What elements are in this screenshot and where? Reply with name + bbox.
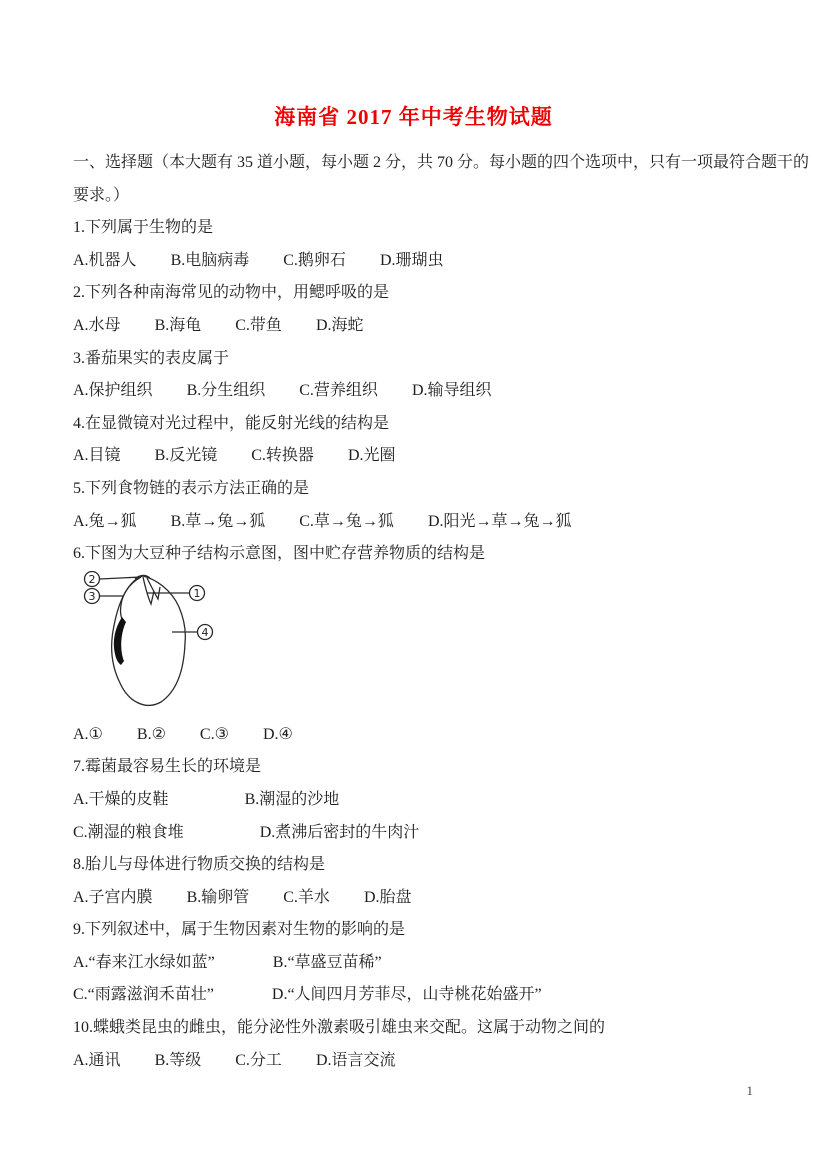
question-9-text: 9.下列叙述中，属于生物因素对生物的影响的是 — [73, 914, 779, 947]
question-8-text: 8.胎儿与母体进行物质交换的结构是 — [73, 849, 779, 882]
question-6-option-a: A.① — [73, 719, 103, 752]
question-6-option-d: D.④ — [263, 719, 293, 752]
question-9-option-c: C.“雨露滋润禾苗壮” — [73, 979, 214, 1012]
seed-dark-band — [114, 617, 126, 665]
page-number: 1 — [747, 1083, 754, 1099]
question-4: 4.在显微镜对光过程中，能反射光线的结构是 A.目镜 B.反光镜 C.转换器 D… — [73, 408, 779, 473]
question-4-options: A.目镜 B.反光镜 C.转换器 D.光圈 — [73, 440, 779, 473]
question-3-option-c: C.营养组织 — [299, 375, 378, 408]
question-10: 10.蝶蛾类昆虫的雌虫，能分泌性外激素吸引雄虫来交配。这属于动物之间的 A.通讯… — [73, 1012, 779, 1077]
question-9-options-row2: C.“雨露滋润禾苗壮” D.“人间四月芳菲尽，山寺桃花始盛开” — [73, 979, 779, 1012]
question-9-option-b: B.“草盛豆苗稀” — [273, 947, 382, 980]
question-4-option-c: C.转换器 — [251, 440, 314, 473]
question-10-option-d: D.语言交流 — [316, 1045, 396, 1078]
question-2: 2.下列各种南海常见的动物中，用鳃呼吸的是 A.水母 B.海龟 C.带鱼 D.海… — [73, 277, 779, 342]
seed-inner-line — [121, 577, 142, 619]
question-7-option-b: B.潮湿的沙地 — [245, 784, 340, 817]
question-6-option-c: C.③ — [200, 719, 229, 752]
section-instructions-line1: 一、选择题（本大题有 35 道小题，每小题 2 分，共 70 分。每小题的四个选… — [73, 147, 779, 180]
soybean-seed-svg: 2 3 1 4 — [73, 571, 333, 719]
question-1-option-b: B.电脑病毒 — [171, 245, 250, 278]
question-2-option-a: A.水母 — [73, 310, 121, 343]
question-5-option-c: C.草→兔→狐 — [299, 506, 394, 539]
question-8-option-a: A.子宫内膜 — [73, 882, 153, 915]
section-instructions-line2: 要求。） — [73, 180, 779, 213]
question-2-text: 2.下列各种南海常见的动物中，用鳃呼吸的是 — [73, 277, 779, 310]
question-8-options: A.子宫内膜 B.输卵管 C.羊水 D.胎盘 — [73, 882, 779, 915]
question-3-options: A.保护组织 B.分生组织 C.营养组织 D.输导组织 — [73, 375, 779, 408]
soybean-seed-diagram: 2 3 1 4 — [73, 571, 779, 719]
question-7-option-a: A.干燥的皮鞋 — [73, 784, 169, 817]
question-5-option-d: D.阳光→草→兔→狐 — [428, 506, 572, 539]
question-8-option-d: D.胎盘 — [364, 882, 412, 915]
question-7-text: 7.霉菌最容易生长的环境是 — [73, 751, 779, 784]
question-7-option-d: D.煮沸后密封的牛肉汁 — [260, 817, 420, 850]
question-10-text: 10.蝶蛾类昆虫的雌虫，能分泌性外激素吸引雄虫来交配。这属于动物之间的 — [73, 1012, 779, 1045]
question-10-options: A.通讯 B.等级 C.分工 D.语言交流 — [73, 1045, 779, 1078]
callout-label-1: 1 — [194, 587, 201, 600]
question-7: 7.霉菌最容易生长的环境是 A.干燥的皮鞋 B.潮湿的沙地 C.潮湿的粮食堆 D… — [73, 751, 779, 849]
question-5-option-a: A.兔→狐 — [73, 506, 137, 539]
question-4-text: 4.在显微镜对光过程中，能反射光线的结构是 — [73, 408, 779, 441]
question-3-option-d: D.输导组织 — [412, 375, 492, 408]
question-8-option-c: C.羊水 — [283, 882, 330, 915]
question-5: 5.下列食物链的表示方法正确的是 A.兔→狐 B.草→兔→狐 C.草→兔→狐 D… — [73, 473, 779, 538]
question-1: 1.下列属于生物的是 A.机器人 B.电脑病毒 C.鹅卵石 D.珊瑚虫 — [73, 212, 779, 277]
question-4-option-a: A.目镜 — [73, 440, 121, 473]
question-9-option-a: A.“春来江水绿如蓝” — [73, 947, 215, 980]
question-8-option-b: B.输卵管 — [187, 882, 250, 915]
question-1-option-c: C.鹅卵石 — [283, 245, 346, 278]
question-9-options-row1: A.“春来江水绿如蓝” B.“草盛豆苗稀” — [73, 947, 779, 980]
question-1-option-a: A.机器人 — [73, 245, 137, 278]
page-title: 海南省 2017 年中考生物试题 — [0, 101, 827, 131]
callout-label-3: 3 — [89, 590, 96, 603]
question-2-options: A.水母 B.海龟 C.带鱼 D.海蛇 — [73, 310, 779, 343]
question-2-option-b: B.海龟 — [155, 310, 202, 343]
question-9: 9.下列叙述中，属于生物因素对生物的影响的是 A.“春来江水绿如蓝” B.“草盛… — [73, 914, 779, 1012]
question-10-option-c: C.分工 — [235, 1045, 282, 1078]
question-4-option-b: B.反光镜 — [155, 440, 218, 473]
callout-label-2: 2 — [89, 573, 96, 586]
question-5-options: A.兔→狐 B.草→兔→狐 C.草→兔→狐 D.阳光→草→兔→狐 — [73, 506, 779, 539]
question-10-option-b: B.等级 — [155, 1045, 202, 1078]
question-7-options-row1: A.干燥的皮鞋 B.潮湿的沙地 — [73, 784, 779, 817]
exam-page: 海南省 2017 年中考生物试题 一、选择题（本大题有 35 道小题，每小题 2… — [0, 0, 827, 1169]
question-3-option-b: B.分生组织 — [187, 375, 266, 408]
callout-label-4: 4 — [202, 626, 209, 639]
question-5-text: 5.下列食物链的表示方法正确的是 — [73, 473, 779, 506]
question-1-text: 1.下列属于生物的是 — [73, 212, 779, 245]
question-10-option-a: A.通讯 — [73, 1045, 121, 1078]
question-3: 3.番茄果实的表皮属于 A.保护组织 B.分生组织 C.营养组织 D.输导组织 — [73, 343, 779, 408]
question-4-option-d: D.光圈 — [348, 440, 396, 473]
question-6-text: 6.下图为大豆种子结构示意图，图中贮存营养物质的结构是 — [73, 538, 779, 571]
question-2-option-d: D.海蛇 — [316, 310, 364, 343]
question-6-option-b: B.② — [137, 719, 166, 752]
question-7-option-c: C.潮湿的粮食堆 — [73, 817, 184, 850]
question-5-option-b: B.草→兔→狐 — [171, 506, 266, 539]
question-1-option-d: D.珊瑚虫 — [380, 245, 444, 278]
question-2-option-c: C.带鱼 — [235, 310, 282, 343]
question-1-options: A.机器人 B.电脑病毒 C.鹅卵石 D.珊瑚虫 — [73, 245, 779, 278]
question-6: 6.下图为大豆种子结构示意图，图中贮存营养物质的结构是 — [73, 538, 779, 751]
question-3-text: 3.番茄果实的表皮属于 — [73, 343, 779, 376]
question-3-option-a: A.保护组织 — [73, 375, 153, 408]
question-8: 8.胎儿与母体进行物质交换的结构是 A.子宫内膜 B.输卵管 C.羊水 D.胎盘 — [73, 849, 779, 914]
exam-content: 一、选择题（本大题有 35 道小题，每小题 2 分，共 70 分。每小题的四个选… — [73, 147, 779, 1077]
question-7-options-row2: C.潮湿的粮食堆 D.煮沸后密封的牛肉汁 — [73, 817, 779, 850]
question-9-option-d: D.“人间四月芳菲尽，山寺桃花始盛开” — [272, 979, 542, 1012]
question-6-options: A.① B.② C.③ D.④ — [73, 719, 779, 752]
